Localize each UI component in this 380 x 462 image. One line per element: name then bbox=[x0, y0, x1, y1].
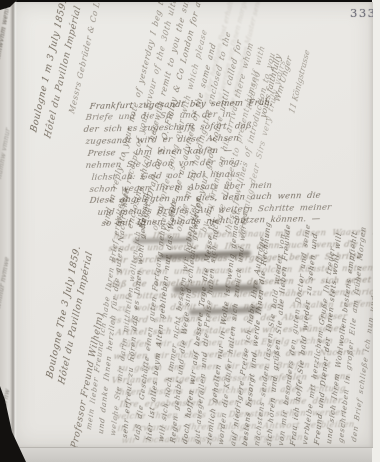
folio-number: 333 bbox=[350, 6, 373, 20]
ink-smudge bbox=[133, 237, 193, 243]
bottom-page-edge bbox=[0, 447, 380, 462]
manuscript-page: 333 Boulogne 1 m 3 July 1859.Hôtel du Pa… bbox=[13, 2, 373, 448]
scanned-letter-page: { "page": { "number": "333" }, "colors":… bbox=[0, 0, 380, 462]
gutter-crease-shadow bbox=[10, 0, 17, 462]
right-page-edge bbox=[372, 0, 380, 462]
